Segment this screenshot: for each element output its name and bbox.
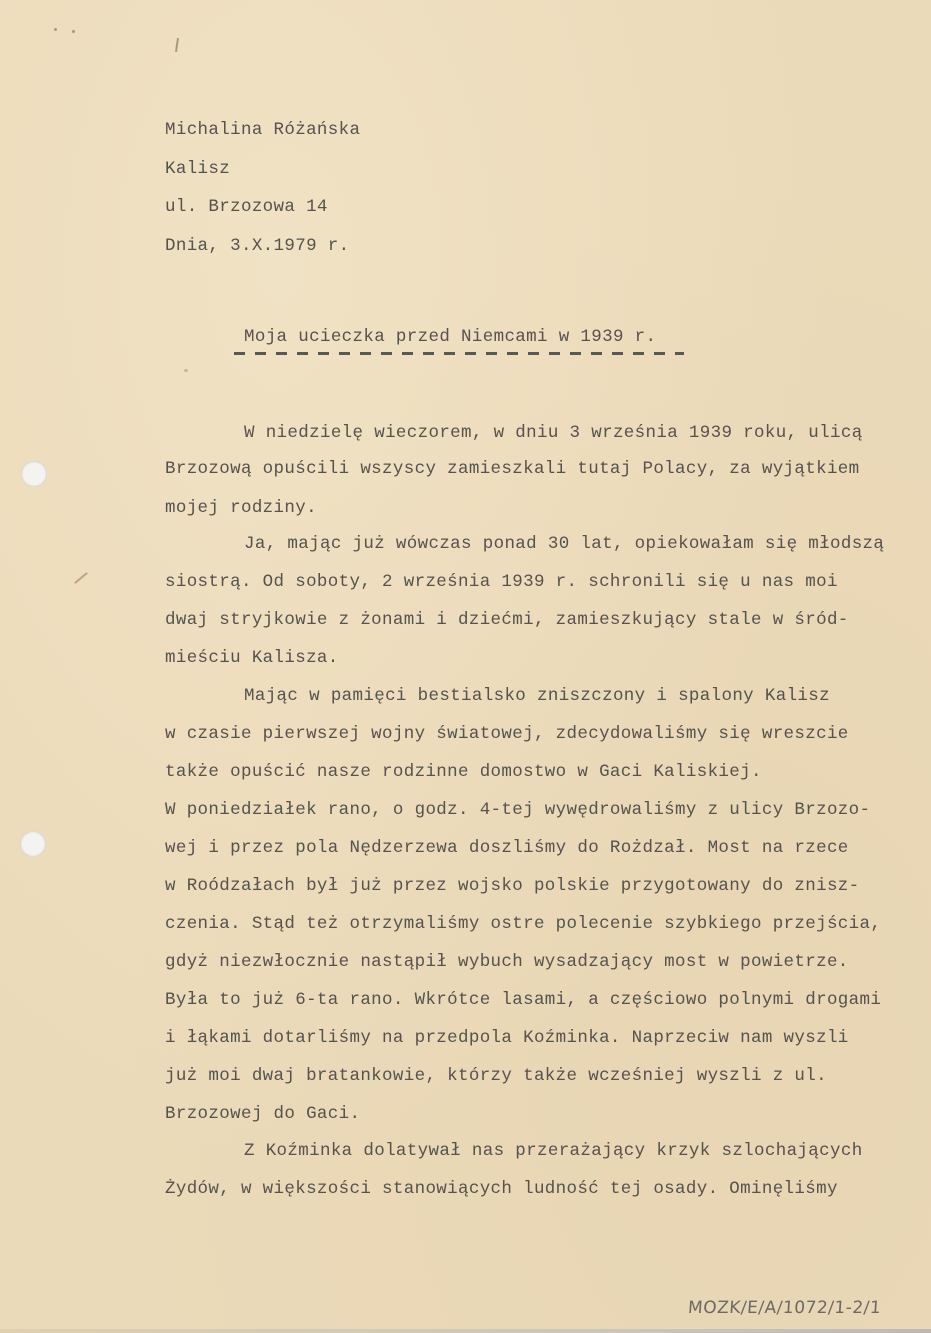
- body-line: Brzozowej do Gaci.: [165, 1104, 360, 1124]
- letter-date: Dnia, 3.X.1979 r.: [165, 236, 349, 256]
- paper-mark: [184, 369, 188, 372]
- body-line: wej i przez pola Nędzerzewa doszliśmy do…: [165, 838, 849, 858]
- body-line: Żydów, w większości stanowiących ludność…: [165, 1179, 838, 1199]
- body-line: w czasie pierwszej wojny światowej, zdec…: [165, 724, 849, 744]
- body-line: Brzozową opuścili wszyscy zamieszkali tu…: [165, 459, 860, 479]
- body-line: Mając w pamięci bestialsko zniszczony i …: [244, 686, 830, 706]
- body-line: siostrą. Od soboty, 2 września 1939 r. s…: [165, 572, 838, 592]
- body-line: W niedzielę wieczorem, w dniu 3 września…: [244, 423, 863, 443]
- body-line: Ja, mając już wówczas ponad 30 lat, opie…: [244, 534, 884, 554]
- document-title: Moja ucieczka przed Niemcami w 1939 r.: [244, 327, 656, 347]
- sender-street: ul. Brzozowa 14: [165, 197, 328, 217]
- body-line: już moi dwaj bratankowie, którzy także w…: [165, 1066, 827, 1086]
- document-page: Michalina Różańska Kalisz ul. Brzozowa 1…: [0, 0, 931, 1333]
- body-line: w Roódzałach był już przez wojsko polski…: [165, 876, 860, 896]
- paper-mark: [54, 28, 57, 31]
- body-line: dwaj stryjkowie z żonami i dziećmi, zami…: [165, 610, 849, 630]
- paper-mark: [72, 30, 75, 33]
- body-line: także opuścić nasze rodzinne domostwo w …: [165, 762, 762, 782]
- body-line: W poniedziałek rano, o godz. 4-tej wywęd…: [165, 800, 870, 820]
- sender-name: Michalina Różańska: [165, 120, 360, 140]
- body-line: Była to już 6-ta rano. Wkrótce lasami, a…: [165, 990, 881, 1010]
- body-line: mieściu Kalisza.: [165, 648, 339, 668]
- title-underline: [234, 352, 684, 355]
- body-line: Z Koźminka dolatywał nas przerażający kr…: [244, 1141, 863, 1161]
- archive-signature: MOZK/E/A/1072/1-2/1: [687, 1298, 882, 1318]
- punch-hole-top: [21, 461, 47, 487]
- paper-mark: [74, 572, 88, 584]
- sender-city: Kalisz: [165, 159, 230, 179]
- paper-mark: [175, 38, 179, 52]
- body-line: czenia. Stąd też otrzymaliśmy ostre pole…: [165, 914, 881, 934]
- scan-edge: [0, 1329, 931, 1333]
- body-line: gdyż niezwłocznie nastąpił wybuch wysadz…: [165, 952, 849, 972]
- punch-hole-bottom: [20, 831, 46, 857]
- body-line: mojej rodziny.: [165, 498, 317, 518]
- body-line: i łąkami dotarliśmy na przedpola Koźmink…: [165, 1028, 849, 1048]
